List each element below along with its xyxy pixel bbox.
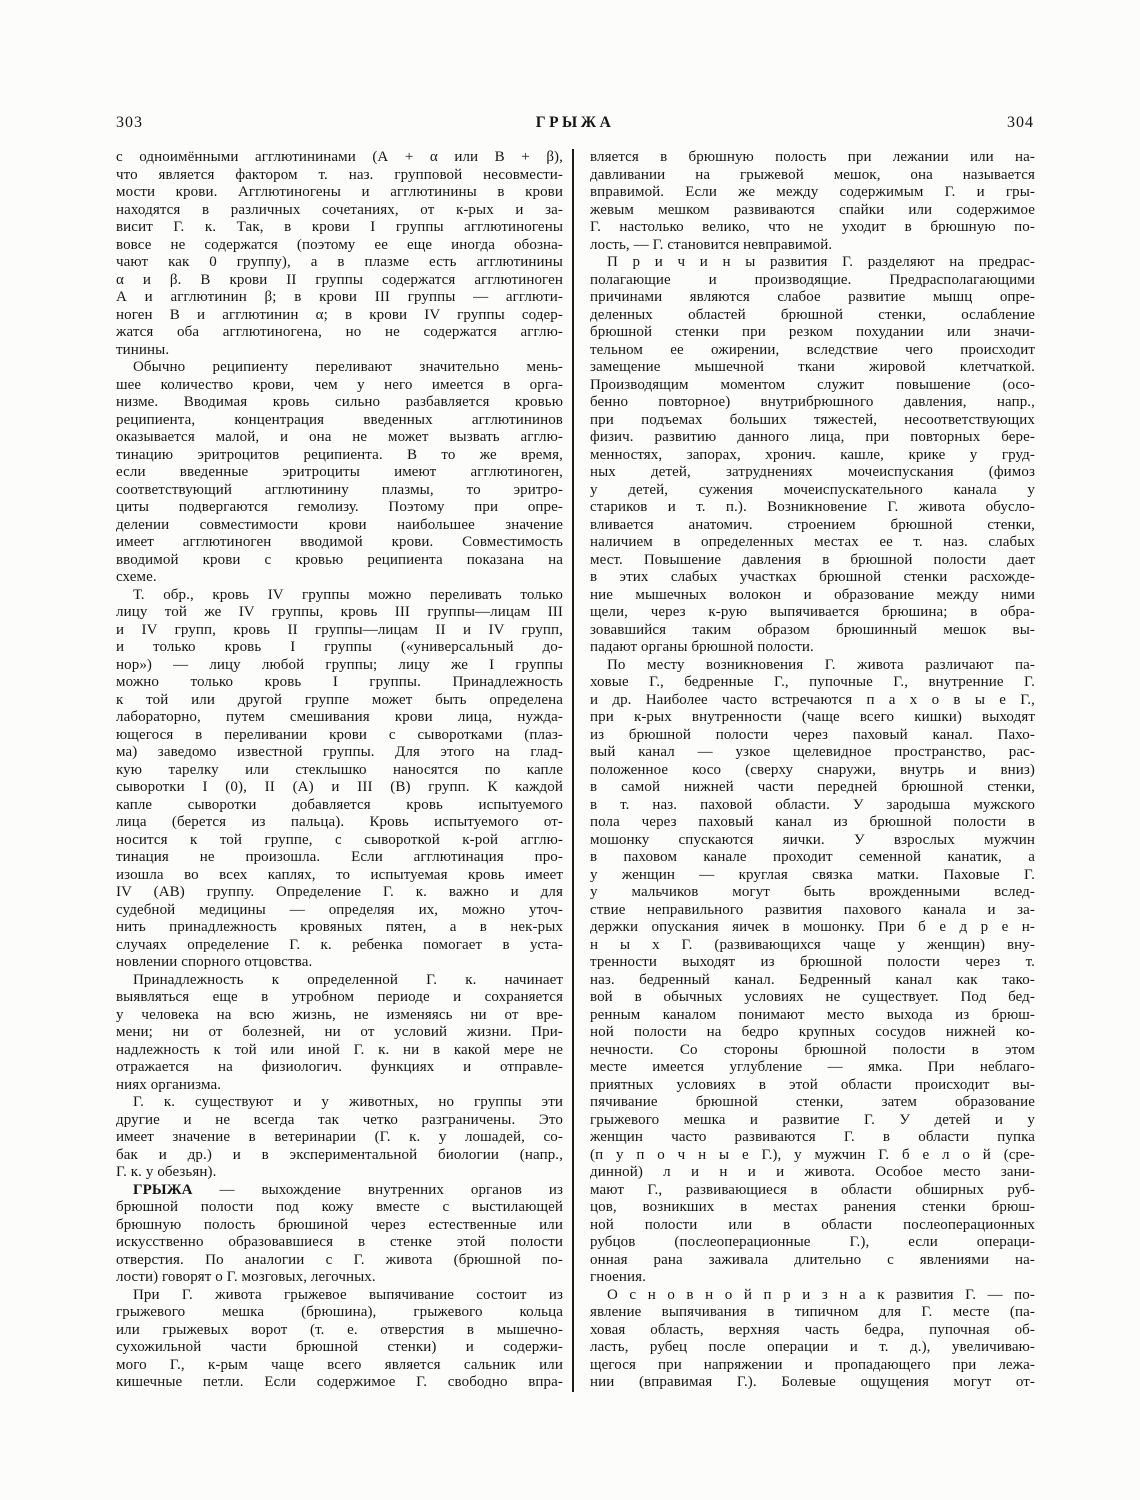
text-line: ноген В и агглютинин α; в крови IV групп…: [116, 307, 563, 325]
text-line: падают органы брюшной полости.: [590, 639, 1035, 657]
text-line: ной полости на бедро крупных сосудов ниж…: [590, 1024, 1035, 1042]
text-line: динной) л и н и и живота. Особое место з…: [590, 1164, 1035, 1182]
text-line: замещение мышечной ткани жировой клетчат…: [590, 359, 1035, 377]
text-line: случаях определение Г. к. ребенка помога…: [116, 937, 563, 955]
text-line: мого Г., к-рым чаще всего является сальн…: [116, 1357, 563, 1375]
text-line: менностях, запорах, хронич. кашле, крике…: [590, 447, 1035, 465]
text-line: Г. к. существуют и у животных, но группы…: [116, 1094, 563, 1112]
column-divider-rule: [572, 149, 574, 1392]
text-line: онная рана заживала длительно с явлениям…: [590, 1252, 1035, 1270]
text-line: или грыжевых ворот (т. е. отверстия в мы…: [116, 1322, 563, 1340]
text-line: капле сыворотки добавляется кровь испыту…: [116, 797, 563, 815]
text-line: вый канал — узкое щелевидное пространств…: [590, 744, 1035, 762]
text-line: ГРЫЖА — выхождение внутренних органов из: [116, 1182, 563, 1200]
text-line: явление выпячивания в типичном для Г. ме…: [590, 1304, 1035, 1322]
text-line: циты подвергаются гемолизу. Поэтому при …: [116, 499, 563, 517]
text-line: у мальчиков могут быть врожденными вслед…: [590, 884, 1035, 902]
text-line: имеет значение в ветеринарии (Г. к. у ло…: [116, 1129, 563, 1147]
text-line: и IV групп, кровь II группы—лицам II и I…: [116, 622, 563, 640]
text-line: шее количество крови, чем у него имеется…: [116, 377, 563, 395]
text-line: полагающие и производящие. Предрасполага…: [590, 272, 1035, 290]
text-line: щели, через к-рую выпячивается брюшина; …: [590, 604, 1035, 622]
text-line: кую тарелку или стеклышко наносятся по к…: [116, 762, 563, 780]
text-line: мест. Повышение давления в брюшной полос…: [590, 552, 1035, 570]
text-line: Производящим моментом служит повышение (…: [590, 377, 1035, 395]
text-line: вводимой крови с кровью реципиента показ…: [116, 552, 563, 570]
text-line: лости) говорят о Г. мозговых, легочных.: [116, 1269, 563, 1287]
text-line: зовавшийся таким образом брюшинный мешок…: [590, 622, 1035, 640]
text-line: цов, возникших в местах ранения стенки б…: [590, 1199, 1035, 1217]
text-line: мени; ни от болезней, ни от условий жизн…: [116, 1024, 563, 1042]
text-line: брюшную полость брюшиной через естествен…: [116, 1217, 563, 1235]
text-line: схеме.: [116, 569, 563, 587]
text-line: месте имеется углубление — ямка. При неб…: [590, 1059, 1035, 1077]
text-line: физич. развитию данного лица, при повтор…: [590, 429, 1035, 447]
left-column: с одноимёнными агглютининами (А + α или …: [116, 149, 563, 1392]
text-line: другие и не всегда так четко разграничен…: [116, 1112, 563, 1130]
text-line: лицу той же IV группы, кровь III группы—…: [116, 604, 563, 622]
two-column-text-block: с одноимёнными агглютининами (А + α или …: [116, 149, 1035, 1392]
text-line: Г. к. у обезьян).: [116, 1164, 563, 1182]
text-line: лабораторно, путем смешивания крови лица…: [116, 709, 563, 727]
text-line: при подъемах больших тяжестей, несоответ…: [590, 412, 1035, 430]
text-line: реципиента, концентрация введенных агглю…: [116, 412, 563, 430]
text-line: низме. Вводимая кровь сильно разбавляетс…: [116, 394, 563, 412]
text-line: мают Г., развивающиеся в области обширны…: [590, 1182, 1035, 1200]
text-line: находятся в различных сочетаниях, от к-р…: [116, 202, 563, 220]
text-line: наз. бедренный канал. Бедренный канал ка…: [590, 972, 1035, 990]
text-line: сухожильной части брюшной стенки) и соде…: [116, 1339, 563, 1357]
text-line: грыжевого мешка (брюшина), грыжевого кол…: [116, 1304, 563, 1322]
text-line: тельном ее ожирении, вследствие чего про…: [590, 342, 1035, 360]
text-line: вливается анатомич. строением брюшной ст…: [590, 517, 1035, 535]
text-line: лость, — Г. становится невправимой.: [590, 237, 1035, 255]
entry-headword: ГРЫЖА: [133, 1182, 193, 1198]
text-line: тинины.: [116, 342, 563, 360]
text-line: О с н о в н о й п р и з н а к развития Г…: [590, 1287, 1035, 1305]
text-line: надлежность к той или иной Г. к. ни в ка…: [116, 1042, 563, 1060]
text-line: ющегося в переливании крови с сывороткам…: [116, 727, 563, 745]
text-line: ных детей, затруднениях мочеиспускания (…: [590, 464, 1035, 482]
text-line: отражается на физиологич. функциях и отп…: [116, 1059, 563, 1077]
text-line: ласть, рубец после операции и т. д.), ув…: [590, 1339, 1035, 1357]
text-line: α и β. В крови II группы содержатся аггл…: [116, 272, 563, 290]
text-line: новлении спорного отцовства.: [116, 954, 563, 972]
encyclopedia-page-scan: 303 ГРЫЖА 304 с одноимёнными агглютинина…: [0, 0, 1140, 1500]
text-line: (п у п о ч н ы е Г.), у мужчин Г. б е л …: [590, 1147, 1035, 1165]
text-line: у человека на всю жизнь, не изменяясь ни…: [116, 1007, 563, 1025]
text-line: ствие неправильного развития пахового ка…: [590, 902, 1035, 920]
text-line: женщин часто развиваются Г. в области пу…: [590, 1129, 1035, 1147]
text-line: висит Г. к. Так, в крови I группы агглют…: [116, 219, 563, 237]
text-line: искусственно образовавшиеся в стенке это…: [116, 1234, 563, 1252]
text-line: выявляться еще в утробном периоде и сохр…: [116, 989, 563, 1007]
text-line: у женщин — круглая связка матки. Паховые…: [590, 867, 1035, 885]
text-line: изошла во всех каплях, то испытуемая кро…: [116, 867, 563, 885]
text-line: лица (берется из пальца). Кровь испытуем…: [116, 814, 563, 832]
text-line: носится к той группе, с сывороткой к-рой…: [116, 832, 563, 850]
text-line: сыворотки I (0), II (А) и III (В) групп.…: [116, 779, 563, 797]
text-line: соответствующий агглютинину плазмы, то э…: [116, 482, 563, 500]
text-line: в т. наз. паховой области. У зародыша му…: [590, 797, 1035, 815]
text-line: с одноимёнными агглютининами (А + α или …: [116, 149, 563, 167]
text-line: грыжевого мешка и развитие Г. У детей и …: [590, 1112, 1035, 1130]
text-line: гноения.: [590, 1269, 1035, 1287]
text-line: ниях организма.: [116, 1077, 563, 1095]
text-line: в паховом канале проходит семенной канат…: [590, 849, 1035, 867]
text-line: положенное косо (сверху снаружи, внутрь …: [590, 762, 1035, 780]
text-line: можно только кровь I группы. Принадлежно…: [116, 674, 563, 692]
text-line: если введенные эритроциты имеют агглютин…: [116, 464, 563, 482]
text-line: вовсе не содержатся (поэтому ее еще иног…: [116, 237, 563, 255]
text-line: ной полости или в области послеоперацион…: [590, 1217, 1035, 1235]
text-line: бак и др.) и в экспериментальной биологи…: [116, 1147, 563, 1165]
text-line: Принадлежность к определенной Г. к. начи…: [116, 972, 563, 990]
text-line: держки опускания яичек в мошонку. При б …: [590, 919, 1035, 937]
running-title: ГРЫЖА: [536, 114, 615, 132]
text-line: стариков и т. п.). Возникновение Г. живо…: [590, 499, 1035, 517]
text-line: IV (АВ) группу. Определение Г. к. важно …: [116, 884, 563, 902]
text-line: делении совместимости крови наибольшее з…: [116, 517, 563, 535]
text-line: причинами являются слабое развитие мышц …: [590, 289, 1035, 307]
text-line: жевым мешком развиваются спайки или соде…: [590, 202, 1035, 220]
text-line: пола через паховый канал из брюшной поло…: [590, 814, 1035, 832]
text-line: ние мышечных волокон и образование между…: [590, 587, 1035, 605]
text-line: вляется в брюшную полость при лежании ил…: [590, 149, 1035, 167]
text-line: вой в обычных условиях не существует. По…: [590, 989, 1035, 1007]
text-line: тренности выходят из брюшной полости чер…: [590, 954, 1035, 972]
text-line: ховые Г., бедренные Г., пупочные Г., вну…: [590, 674, 1035, 692]
text-line: нечности. Со стороны брюшной полости в э…: [590, 1042, 1035, 1060]
text-line: и только кровь I группы («универсальный …: [116, 639, 563, 657]
text-line: что является фактором т. наз. групповой …: [116, 167, 563, 185]
text-line: нор») — лицу любой группы; лицу же I гру…: [116, 657, 563, 675]
text-line: брюшной полости под кожу вместе с выстил…: [116, 1199, 563, 1217]
text-line: имеет агглютиноген вводимой крови. Совме…: [116, 534, 563, 552]
text-line: ренным каналом понимают место выхода из …: [590, 1007, 1035, 1025]
page-header: 303 ГРЫЖА 304: [116, 114, 1034, 132]
text-line: жатся оба агглютиногена, но не содержатс…: [116, 324, 563, 342]
text-line: у детей, сужения мочеиспускательного кан…: [590, 482, 1035, 500]
left-page-number: 303: [116, 114, 143, 132]
text-line: оказывается малой, и она не может вызват…: [116, 429, 563, 447]
text-line: деленных областей брюшной стенки, ослабл…: [590, 307, 1035, 325]
text-line: рубцов (послеоперационные Г.), если опер…: [590, 1234, 1035, 1252]
right-page-number: 304: [1007, 114, 1034, 132]
text-line: ма) заведомо известной группы. Для этого…: [116, 744, 563, 762]
right-column: вляется в брюшную полость при лежании ил…: [590, 149, 1035, 1392]
text-line: При Г. живота грыжевое выпячивание состо…: [116, 1287, 563, 1305]
text-line: Т. обр., кровь IV группы можно переливат…: [116, 587, 563, 605]
text-line: приятных условиях в этой области происхо…: [590, 1077, 1035, 1095]
text-line: нить принадлежность кровяных пятен, а в …: [116, 919, 563, 937]
text-line: Обычно реципиенту переливают значительно…: [116, 359, 563, 377]
text-line: наличием в определенных местах ее т. наз…: [590, 534, 1035, 552]
text-line: нии (вправимая Г.). Болевые ощущения мог…: [590, 1374, 1035, 1392]
text-line: из брюшной полости через паховый канал. …: [590, 727, 1035, 745]
text-line: тинацию эритроцитов реципиента. В то же …: [116, 447, 563, 465]
text-line: бенно повторное) внутрибрюшного давления…: [590, 394, 1035, 412]
text-line: давливании на грыжевой мешок, она называ…: [590, 167, 1035, 185]
text-line: щегося при напряжении и пропадающего при…: [590, 1357, 1035, 1375]
text-line: мости крови. Агглютиногены и агглютинины…: [116, 184, 563, 202]
text-line: ховая область, верхняя часть бедра, пупо…: [590, 1322, 1035, 1340]
text-line: в этих слабых участках брюшной стенки ра…: [590, 569, 1035, 587]
text-line: н ы х Г. (развивающихся чаще у женщин) в…: [590, 937, 1035, 955]
text-line: По месту возникновения Г. живота различа…: [590, 657, 1035, 675]
text-line: брюшной стенки при резком похудании или …: [590, 324, 1035, 342]
text-line: при к-рых внутренности (чаще всего кишки…: [590, 709, 1035, 727]
text-line: П р и ч и н ы развития Г. разделяют на п…: [590, 254, 1035, 272]
text-line: вправимой. Если же между содержимым Г. и…: [590, 184, 1035, 202]
text-line: А и агглютинин β; в крови III группы — а…: [116, 289, 563, 307]
text-line: и др. Наиболее часто встречаются п а х о…: [590, 692, 1035, 710]
text-line: мошонку спускаются яички. У взрослых муж…: [590, 832, 1035, 850]
text-line: Г. настолько велико, что не уходит в брю…: [590, 219, 1035, 237]
text-line: к той или другой группе может быть опред…: [116, 692, 563, 710]
text-line: тинация не произошла. Если агглютинация …: [116, 849, 563, 867]
text-line: отверстия. По аналогии с Г. живота (брюш…: [116, 1252, 563, 1270]
text-line: судебной медицины — определяя их, можно …: [116, 902, 563, 920]
text-line: пячивание брюшной стенки, затем образова…: [590, 1094, 1035, 1112]
text-line: кишечные петли. Если содержимое Г. свобо…: [116, 1374, 563, 1392]
text-line: в самой нижней части передней брюшной ст…: [590, 779, 1035, 797]
text-line: чают как 0 группу), а в плазме есть аггл…: [116, 254, 563, 272]
